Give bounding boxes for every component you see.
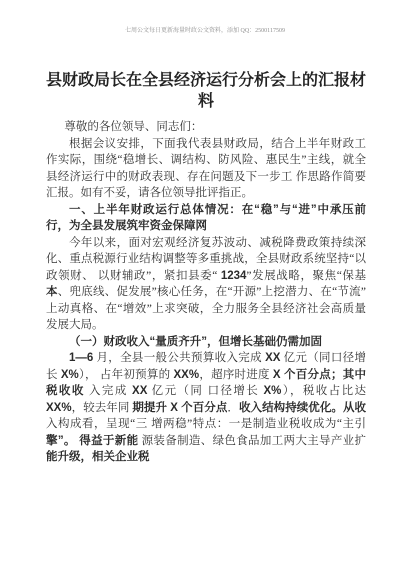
bold-text-run: 1234: [221, 270, 247, 282]
bold-text-run: 一、上半年财政运行总体情况：在“稳”与“进”中承压前行，为全县发展筑牢资金保障网: [46, 204, 366, 233]
text-run: 源装备制造、绿色食品加工两大主导产业扩: [138, 435, 366, 447]
salutation-line: 尊敬的各位领导、同志们：: [46, 119, 366, 136]
text-run: ”发展战略，聚焦“保基: [246, 270, 366, 282]
paragraph: 根据会议安排，下面我代表县财政局，结合上半年财政工作实际，围绕“稳增长、调结构、…: [46, 136, 366, 202]
document-content: 县财政局长在全县经济运行分析会上的汇报材料 尊敬的各位领导、同志们：根据会议安排…: [46, 70, 366, 466]
text-run: ．: [227, 402, 239, 414]
subsection-heading: （一）财政收入“量质齐升”，但增长基础仍需加固: [46, 334, 366, 351]
document-page: 七周公文每日更新海量时政公文资料，添加 QQ：2500117509 县财政局长在…: [0, 0, 410, 580]
text-run: 尊敬的各位领导、同志们：: [64, 121, 202, 133]
bold-text-run: X%: [264, 385, 282, 397]
watermark-text: 七周公文每日更新海量时政公文资料，添加 QQ：2500117509: [0, 27, 410, 35]
bold-text-run: XX%: [46, 402, 72, 414]
text-run: 月，全县一般公共预算收入完成: [93, 352, 265, 364]
bold-text-run: 本: [46, 286, 58, 298]
bold-text-run: XX: [265, 352, 280, 364]
paragraph: 今年以来，面对宏观经济复苏波动、减税降费政策持续深化、重点税源行业结构调整等多重…: [46, 235, 366, 334]
text-run: 入构成看，呈现“三 增两稳”特点：一是制造业税收成为“主引: [46, 418, 366, 430]
bold-text-run: 1—6: [69, 352, 93, 364]
bold-text-run: 能升级，相关企业税: [46, 451, 150, 463]
text-run: 入完成: [85, 385, 132, 397]
text-run: 根据会议安排，下面我代表县财政局，结合上半年财政工作实际，围绕“稳增长、调结构、…: [46, 138, 366, 200]
bold-text-run: XX%: [174, 369, 200, 381]
bold-text-run: （一）财政收入“量质齐升”，但增长基础仍需加固: [69, 336, 322, 348]
bold-text-run: 擎”。 得益于新能: [46, 435, 138, 447]
text-run: ，较去年同: [72, 402, 133, 414]
section-heading: 一、上半年财政运行总体情况：在“稳”与“进”中承压前行，为全县发展筑牢资金保障网: [46, 202, 366, 235]
text-run: 、兜底线、促发展”核心任务，在“开源”上挖潜力、在“节流” 上动真格、在“增效”…: [46, 286, 366, 331]
text-run: ）， 占年初预算的: [79, 369, 174, 381]
text-run: 亿元（同 口径增长: [147, 385, 263, 397]
text-run: ），税收占比达: [281, 385, 366, 397]
bold-text-run: 期提升 X 个百分点: [132, 402, 227, 414]
text-run: ，超序时进度: [199, 369, 273, 381]
document-title: 县财政局长在全县经济运行分析会上的汇报材料: [46, 70, 366, 112]
bold-text-run: X%: [61, 369, 79, 381]
paragraph: 1—6 月，全县一般公共预算收入完成 XX 亿元（同口径增长 X%）， 占年初预…: [46, 350, 366, 466]
document-body: 尊敬的各位领导、同志们：根据会议安排，下面我代表县财政局，结合上半年财政工作实际…: [46, 119, 366, 466]
bold-text-run: 收入结构持续优化。从收: [239, 402, 366, 414]
bold-text-run: XX: [132, 385, 147, 397]
